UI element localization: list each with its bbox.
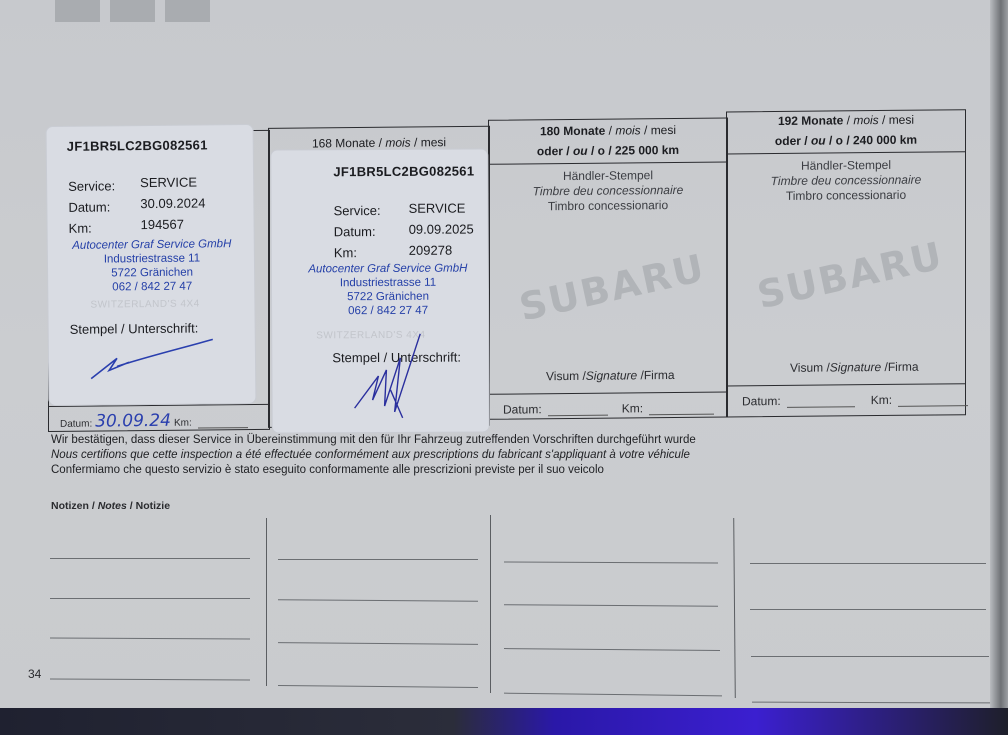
notes-it: Notizie bbox=[136, 500, 170, 512]
dealer-stamp: Autocenter Graf Service GmbH Industriest… bbox=[52, 237, 253, 295]
datum-label: Datum: bbox=[503, 402, 542, 416]
notes-column-divider bbox=[490, 515, 491, 693]
km-field[interactable] bbox=[898, 394, 968, 407]
separator: / bbox=[375, 136, 385, 150]
datum-label: Datum: bbox=[68, 199, 110, 214]
signature-icon bbox=[89, 335, 220, 386]
notes-line[interactable] bbox=[752, 702, 990, 704]
dealer-stamp-label: Händler-Stempel Timbre deu concessionnai… bbox=[726, 157, 966, 204]
column-3-title: 180 Monate / mois / mesi oder / ou / o /… bbox=[488, 119, 728, 161]
service-label: Service: bbox=[68, 178, 115, 193]
datum-label: Datum: bbox=[334, 224, 376, 239]
notes-line[interactable] bbox=[504, 648, 720, 651]
km-label: Km: bbox=[69, 221, 92, 236]
notes-line[interactable] bbox=[504, 561, 718, 563]
datum-value: 30.09.2024 bbox=[140, 195, 205, 211]
service-sticker-1: JF1BR5LC2BG082561 Service: SERVICE Datum… bbox=[47, 125, 256, 405]
service-booklet-page: 168 Monate / mois / mesi 180 Monate / mo… bbox=[0, 0, 1008, 712]
notes-line[interactable] bbox=[750, 609, 986, 610]
visum-de: Visum bbox=[790, 361, 823, 375]
notes-line[interactable] bbox=[50, 598, 250, 599]
notes-heading: Notizen / Notes / Notizie bbox=[51, 500, 170, 512]
stempel-label: Stempel / Unterschrift: bbox=[70, 321, 199, 337]
datum-label: Datum: bbox=[60, 419, 92, 430]
notes-line[interactable] bbox=[504, 693, 722, 697]
km-threshold: 240 000 km bbox=[853, 133, 917, 148]
km-field[interactable] bbox=[198, 418, 248, 428]
notes-line[interactable] bbox=[278, 685, 478, 688]
notes-fr: Notes bbox=[98, 500, 127, 512]
km-threshold: 225 000 km bbox=[615, 143, 679, 158]
km-label: Km: bbox=[622, 401, 643, 415]
months-label-fr: mois bbox=[615, 123, 640, 137]
notes-line[interactable] bbox=[50, 558, 250, 559]
months-label: 180 Monate bbox=[540, 124, 605, 139]
visum-de: Visum bbox=[546, 369, 579, 383]
subaru-slogan: SWITZERLAND'S 4X4 bbox=[90, 298, 199, 310]
visum-it: Firma bbox=[644, 368, 675, 382]
months-label-fr: mois bbox=[853, 113, 878, 127]
certification-fr: Nous certifions que cette inspection a é… bbox=[51, 448, 696, 463]
notes-column-divider bbox=[266, 518, 267, 686]
certification-de: Wir bestätigen, dass dieser Service in Ü… bbox=[51, 433, 696, 448]
datum-label: Datum: bbox=[742, 394, 781, 408]
km-value: 194567 bbox=[140, 217, 184, 232]
notes-line[interactable] bbox=[751, 656, 989, 657]
page-edge-shadow bbox=[990, 0, 1008, 712]
km-label: Km: bbox=[871, 393, 892, 407]
or-it: o bbox=[598, 144, 605, 158]
service-sticker-2: JF1BR5LC2BG082561 Service: SERVICE Datum… bbox=[271, 149, 488, 432]
dealer-city: 5722 Gränichen bbox=[288, 289, 488, 304]
notes-line[interactable] bbox=[278, 599, 478, 601]
footer-datum-km: Datum: 30.09.24 Km: bbox=[60, 408, 254, 430]
visum-label: Visum /Signature /Firma bbox=[546, 368, 675, 383]
notes-de: Notizen bbox=[51, 500, 89, 512]
separator: / bbox=[127, 500, 136, 512]
notes-line[interactable] bbox=[50, 637, 250, 639]
header-logo-blocks bbox=[55, 0, 210, 22]
km-label: Km: bbox=[174, 418, 192, 429]
dealer-name: Autocenter Graf Service GmbH bbox=[52, 237, 252, 253]
or-de: oder bbox=[537, 144, 563, 158]
dealer-street: Industriestrasse 11 bbox=[288, 275, 488, 290]
or-it: o bbox=[836, 133, 843, 147]
months-label: 168 Monate bbox=[312, 136, 375, 151]
footer-datum-km: Datum: Km: bbox=[742, 392, 974, 408]
service-label: Service: bbox=[334, 203, 381, 218]
months-label-it: mesi bbox=[421, 135, 446, 149]
visum-fr: Signature bbox=[586, 368, 637, 382]
page-number: 34 bbox=[28, 667, 41, 681]
background-surface bbox=[0, 708, 1008, 735]
dealer-stamp-label: Händler-Stempel Timbre deu concessionnai… bbox=[488, 167, 728, 214]
header-block bbox=[110, 0, 155, 22]
service-value: SERVICE bbox=[409, 201, 466, 216]
or-fr: ou bbox=[573, 144, 588, 158]
dealer-name: Autocenter Graf Service GmbH bbox=[288, 261, 488, 276]
datum-value: 09.09.2025 bbox=[409, 222, 474, 237]
dealer-phone: 062 / 842 27 47 bbox=[288, 303, 488, 318]
datum-field[interactable] bbox=[548, 404, 608, 417]
dealer-stamp: Autocenter Graf Service GmbH Industriest… bbox=[288, 261, 488, 318]
or-fr: ou bbox=[811, 134, 826, 148]
header-block bbox=[165, 0, 210, 22]
vin-number: JF1BR5LC2BG082561 bbox=[333, 164, 474, 180]
notes-column-divider bbox=[733, 518, 736, 698]
datum-handwritten: 30.09.24 bbox=[95, 411, 171, 432]
signature-icon bbox=[350, 328, 441, 428]
visum-it: Firma bbox=[888, 360, 919, 374]
stamp-label-it: Timbro concessionario bbox=[726, 187, 966, 204]
service-value: SERVICE bbox=[140, 175, 197, 191]
vin-number: JF1BR5LC2BG082561 bbox=[67, 137, 208, 153]
notes-line[interactable] bbox=[504, 604, 718, 606]
months-label: 192 Monate bbox=[778, 113, 843, 128]
notes-line[interactable] bbox=[50, 678, 250, 680]
notes-line[interactable] bbox=[278, 559, 478, 560]
months-label-it: mesi bbox=[889, 113, 914, 127]
km-field[interactable] bbox=[649, 403, 714, 416]
visum-label: Visum /Signature /Firma bbox=[790, 360, 919, 375]
km-value: 209278 bbox=[409, 243, 452, 258]
notes-line[interactable] bbox=[750, 563, 986, 564]
stamp-label-it: Timbro concessionario bbox=[488, 197, 728, 214]
or-de: oder bbox=[775, 134, 801, 148]
months-label-fr: mois bbox=[385, 136, 410, 150]
visum-fr: Signature bbox=[830, 360, 881, 374]
datum-field[interactable] bbox=[787, 395, 855, 408]
notes-line[interactable] bbox=[278, 642, 478, 645]
separator: / bbox=[411, 135, 421, 149]
dealer-phone: 062 / 842 27 47 bbox=[52, 279, 252, 295]
column-4-title: 192 Monate / mois / mesi oder / ou / o /… bbox=[726, 109, 966, 151]
months-label-it: mesi bbox=[651, 123, 676, 137]
header-block bbox=[55, 0, 100, 22]
footer-datum-km: Datum: Km: bbox=[503, 401, 720, 417]
km-label: Km: bbox=[334, 245, 357, 260]
separator: / bbox=[89, 500, 98, 512]
certification-it: Confermiamo che questo servizio è stato … bbox=[51, 463, 696, 478]
certification-text: Wir bestätigen, dass dieser Service in Ü… bbox=[51, 433, 696, 478]
